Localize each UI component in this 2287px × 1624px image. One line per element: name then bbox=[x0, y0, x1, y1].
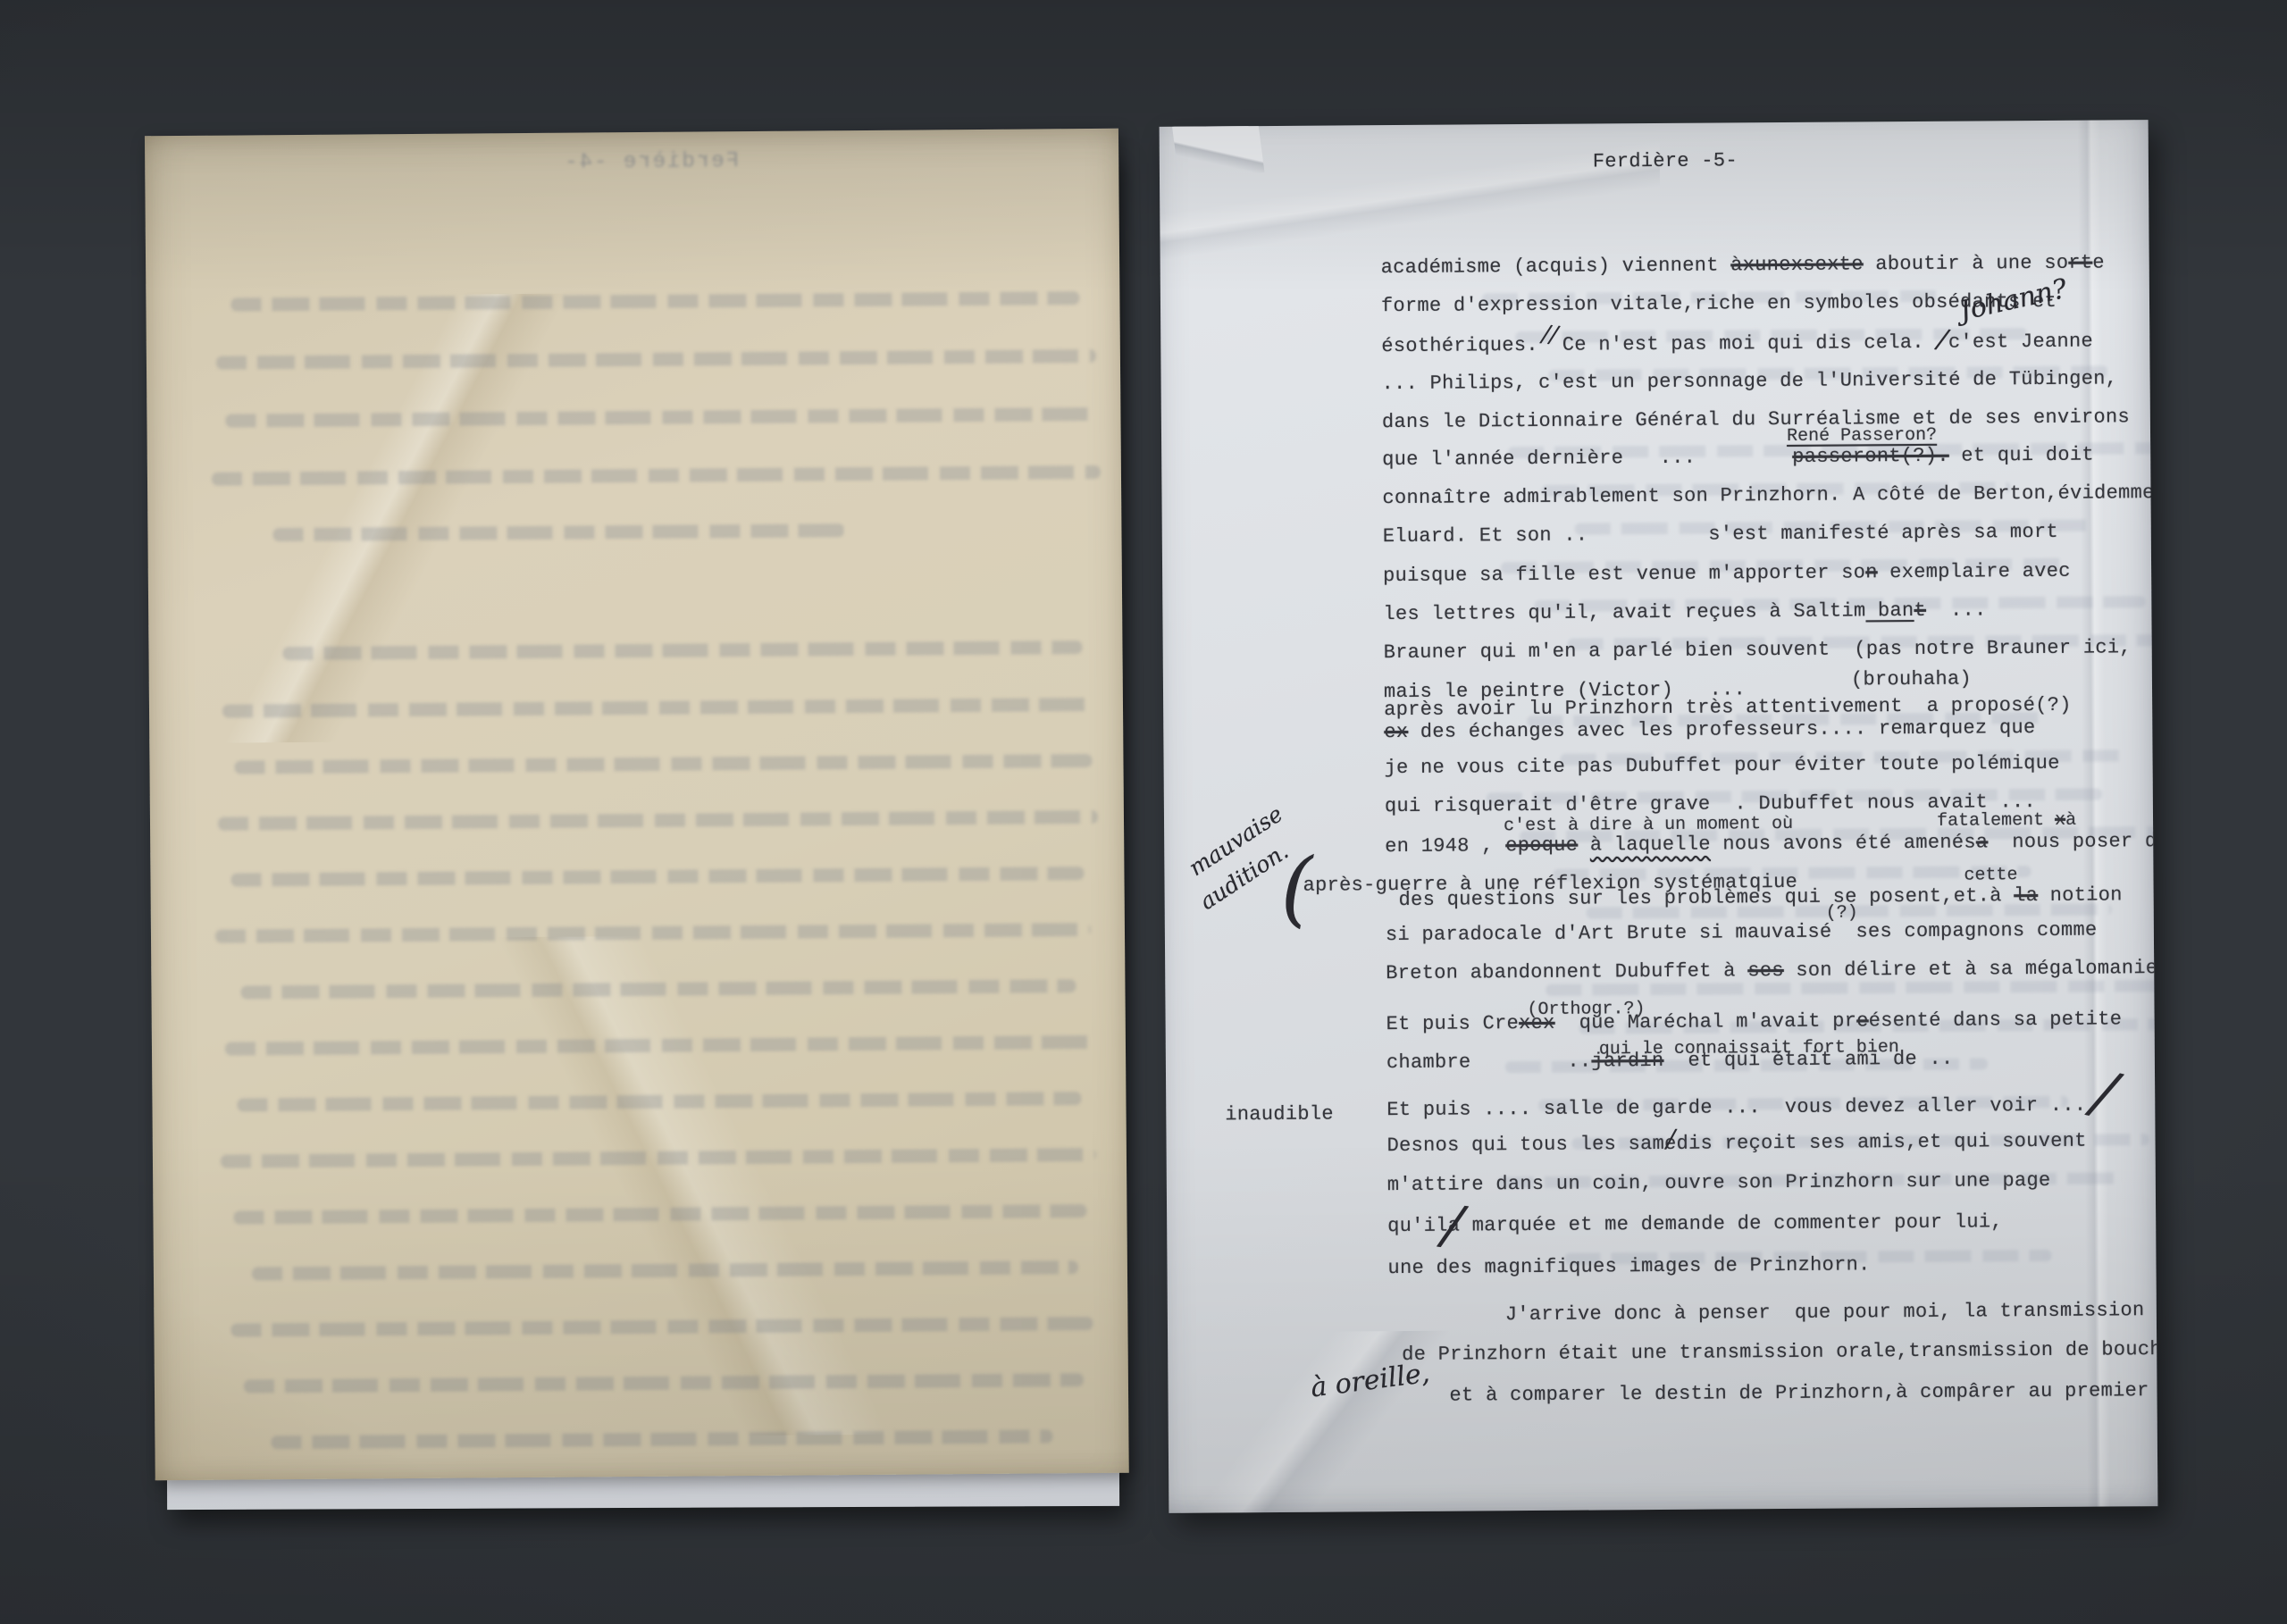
ghost-line bbox=[240, 979, 1076, 999]
handwriting-mark: / bbox=[1666, 1124, 1675, 1153]
typed-line: connaître admirablement son Prinzhorn. A… bbox=[1382, 481, 2154, 509]
ghost-line bbox=[272, 523, 844, 541]
typed-line: inaudible bbox=[1225, 1103, 1334, 1126]
typed-line: je ne vous cite pas Dubuffet pour éviter… bbox=[1385, 752, 2060, 779]
ghost-line bbox=[225, 1035, 1092, 1056]
typed-line: puisque sa fille est venue m'apporter so… bbox=[1383, 560, 2071, 587]
typed-line: ésothériques. Ce n'est pas moi qui dis c… bbox=[1381, 331, 2093, 358]
handwriting-mark: / bbox=[2087, 1058, 2123, 1129]
corner-fold bbox=[1172, 120, 1264, 183]
ghost-line bbox=[212, 465, 1101, 486]
ghost-line bbox=[234, 754, 1092, 774]
ghost-line bbox=[215, 923, 1091, 943]
typed-line: J'arrive donc à penser que pour moi, la … bbox=[1505, 1299, 2145, 1326]
typed-line: fatalement xà bbox=[1937, 810, 2076, 832]
paper-crease bbox=[258, 933, 1066, 1439]
typed-line: qu'ila marquée et me demande de commente… bbox=[1387, 1210, 2003, 1237]
ghost-line bbox=[225, 407, 1092, 428]
typed-line: une des magnifiques images de Prinzhorn. bbox=[1387, 1253, 1870, 1279]
typed-line: ex des échanges avec les professeurs....… bbox=[1384, 716, 2035, 743]
typed-text-block: académisme (acquis) viennent àxunexsexte… bbox=[1160, 120, 2149, 127]
ghost-line bbox=[233, 1204, 1086, 1225]
left-document-pile: Ferdière -4- bbox=[145, 121, 1131, 1523]
typed-line: et à comparer le destin de Prinzhorn,à c… bbox=[1449, 1379, 2157, 1407]
ghost-line bbox=[237, 1092, 1081, 1111]
ghost-text-bleedthrough bbox=[145, 129, 1118, 137]
ghost-line bbox=[271, 1429, 1052, 1449]
typed-line: que l'année dernière ... passeront(?). e… bbox=[1382, 444, 2094, 472]
ghost-line bbox=[252, 1260, 1078, 1280]
typed-line: les lettres qu'il, avait reçues à Saltim… bbox=[1383, 599, 1986, 625]
typed-line: (brouhaha) bbox=[1851, 668, 1972, 691]
typed-line: René Passeron? bbox=[1787, 425, 1937, 447]
ghost-line bbox=[222, 698, 1093, 718]
typed-line: de Prinzhorn était une transmission oral… bbox=[1402, 1338, 2157, 1366]
ghost-line bbox=[221, 1148, 1096, 1168]
ghost-line bbox=[230, 291, 1079, 311]
ghost-line bbox=[230, 866, 1084, 887]
typed-line: Brauner qui m'en a parlé bien souvent (p… bbox=[1384, 636, 2132, 664]
typed-line: académisme (acquis) viennent àxunexsexte… bbox=[1381, 251, 2105, 279]
ghost-line bbox=[216, 349, 1096, 370]
typed-line: Eluard. Et son .. s'est manifesté après … bbox=[1383, 521, 2058, 548]
right-page-typescript: Ferdière -5- académisme (acquis) viennen… bbox=[1160, 120, 2158, 1513]
photo-background: Ferdière -4- Ferdière -5- académisme (ac… bbox=[0, 0, 2287, 1624]
typed-line: si paradocale d'Art Brute si mauvaisé se… bbox=[1386, 919, 2098, 947]
typed-line: Et puis .... salle de garde ... vous dev… bbox=[1386, 1094, 2086, 1121]
handwriting-mark: Johann? bbox=[1956, 273, 2070, 327]
ghost-line bbox=[282, 640, 1082, 660]
typed-line: Desnos qui tous les samedis reçoit ses a… bbox=[1386, 1130, 2086, 1157]
typed-line: forme d'expression vitale,riche en symbo… bbox=[1381, 290, 2057, 317]
ghost-line bbox=[244, 1373, 1084, 1393]
ghost-text-bleedthrough bbox=[1160, 120, 2149, 127]
typed-line: chambre ..jardin et qui était ami de .. bbox=[1386, 1048, 1954, 1074]
ghost-header-bleedthrough: Ferdière -4- bbox=[563, 149, 739, 175]
ghost-line bbox=[218, 810, 1098, 831]
handwritten-annotations: Johann?///(mauvaiseaudition.///à oreille… bbox=[1160, 120, 2149, 127]
typed-line: en 1948 , epoque à laquelle nous avons é… bbox=[1385, 830, 2157, 858]
typed-line: m'attire dans un coin, ouvre son Prinzho… bbox=[1387, 1169, 2051, 1196]
typed-line: ... Philips, c'est un personnage de l'Un… bbox=[1382, 367, 2118, 395]
left-page-verso: Ferdière -4- bbox=[145, 129, 1129, 1481]
typed-line: Et puis Crexex que Maréchal m'avait preé… bbox=[1386, 1008, 2123, 1035]
typed-line: dans le Dictionnaire Général du Surréali… bbox=[1382, 406, 2130, 433]
ghost-line bbox=[230, 1317, 1093, 1337]
handwriting-mark: // bbox=[1541, 321, 1559, 349]
handwriting-mark: à oreille, bbox=[1309, 1358, 1431, 1404]
typed-line: cette bbox=[1964, 865, 2017, 885]
page-header: Ferdière -5- bbox=[1593, 149, 1738, 172]
